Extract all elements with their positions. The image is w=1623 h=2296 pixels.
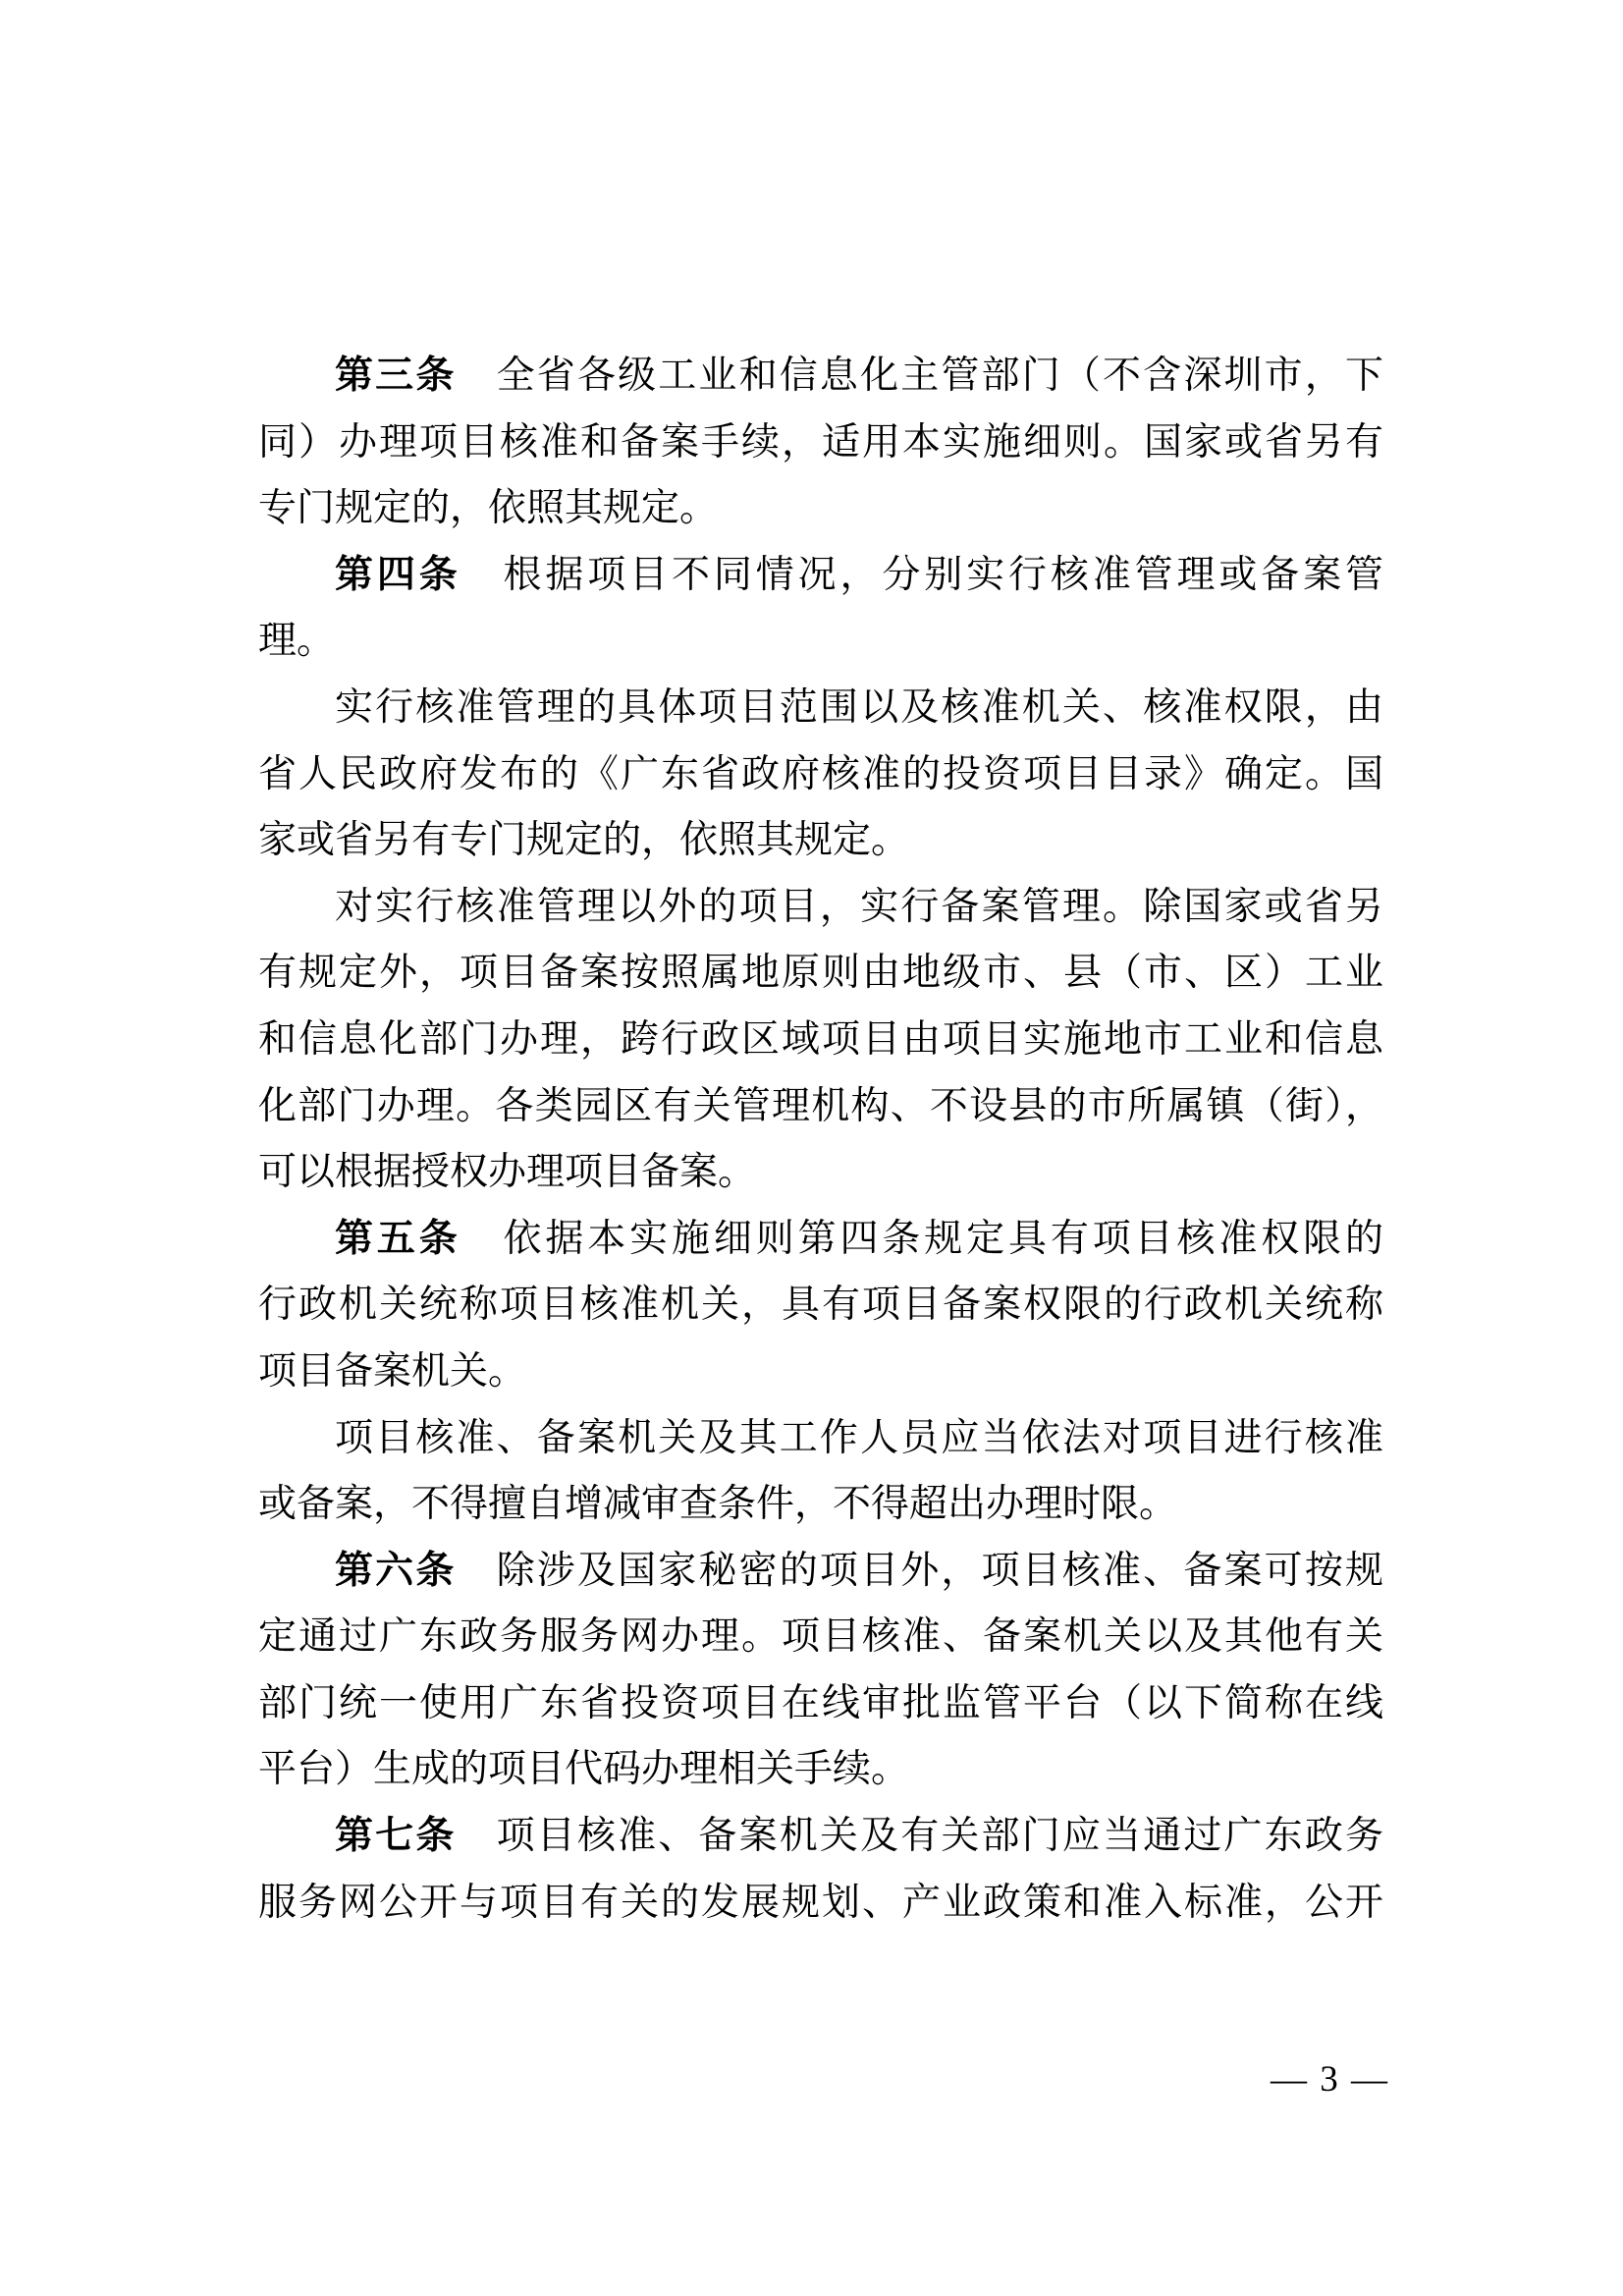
line-text: 有规定外，项目备案按照属地原则由地级市、县（市、区）工业 (258, 952, 1383, 994)
line-text: 服务网公开与项目有关的发展规划、产业政策和准入标准，公开 (258, 1882, 1383, 1924)
text-line: 专门规定的，依照其规定。 (258, 475, 1383, 542)
text-line: 可以根据授权办理项目备案。 (258, 1139, 1383, 1206)
line-text: 依据本实施细则第四条规定具有项目核准权限的 (461, 1218, 1383, 1260)
page-number: — 3 — (1271, 2060, 1389, 2100)
line-text: 全省各级工业和信息化主管部门（不含深圳市，下 (456, 355, 1383, 397)
line-text: 对实行核准管理以外的项目，实行备案管理。除国家或省另 (335, 886, 1383, 928)
article-number: 第四条 (335, 554, 461, 596)
text-line: 省人民政府发布的《广东省政府核准的投资项目目录》确定。国 (258, 741, 1383, 808)
article-number: 第七条 (335, 1815, 456, 1857)
text-line: 同）办理项目核准和备案手续，适用本实施细则。国家或省另有 (258, 410, 1383, 476)
line-text: 部门统一使用广东省投资项目在线审批监管平台（以下简称在线 (258, 1682, 1383, 1724)
line-text: 项目核准、备案机关及有关部门应当通过广东政务 (456, 1815, 1383, 1857)
line-text: 省人民政府发布的《广东省政府核准的投资项目目录》确定。国 (258, 753, 1383, 795)
article-number: 第五条 (335, 1218, 461, 1260)
text-line: 第七条 项目核准、备案机关及有关部门应当通过广东政务 (258, 1803, 1383, 1870)
line-text: 专门规定的，依照其规定。 (258, 487, 718, 529)
text-line: 行政机关统称项目核准机关，具有项目备案权限的行政机关统称 (258, 1272, 1383, 1339)
line-text: 理。 (258, 620, 335, 662)
line-text: 除涉及国家秘密的项目外，项目核准、备案可按规 (456, 1550, 1383, 1592)
line-text: 家或省另有专门规定的，依照其规定。 (258, 819, 909, 861)
line-text: 可以根据授权办理项目备案。 (258, 1151, 756, 1193)
line-text: 根据项目不同情况，分别实行核准管理或备案管 (461, 554, 1383, 596)
article-number: 第三条 (335, 355, 456, 397)
text-line: 定通过广东政务服务网办理。项目核准、备案机关以及其他有关 (258, 1604, 1383, 1670)
line-text: 和信息化部门办理，跨行政区域项目由项目实施地市工业和信息 (258, 1018, 1383, 1061)
document-body: 第三条 全省各级工业和信息化主管部门（不含深圳市，下 同）办理项目核准和备案手续… (258, 343, 1383, 1936)
text-line: 第六条 除涉及国家秘密的项目外，项目核准、备案可按规 (258, 1538, 1383, 1605)
line-text: 项目备案机关。 (258, 1350, 526, 1393)
text-line: 项目备案机关。 (258, 1339, 1383, 1405)
text-line: 或备案，不得擅自增减审查条件，不得超出办理时限。 (258, 1471, 1383, 1538)
line-text: 或备案，不得擅自增减审查条件，不得超出办理时限。 (258, 1483, 1177, 1525)
line-text: 实行核准管理的具体项目范围以及核准机关、核准权限，由 (335, 686, 1383, 729)
text-line: 平台）生成的项目代码办理相关手续。 (258, 1736, 1383, 1803)
text-line: 项目核准、备案机关及其工作人员应当依法对项目进行核准 (258, 1405, 1383, 1472)
text-line: 第四条 根据项目不同情况，分别实行核准管理或备案管 (258, 542, 1383, 609)
document-page: 第三条 全省各级工业和信息化主管部门（不含深圳市，下 同）办理项目核准和备案手续… (0, 0, 1623, 2296)
line-text: 同）办理项目核准和备案手续，适用本实施细则。国家或省另有 (258, 421, 1383, 464)
text-line: 对实行核准管理以外的项目，实行备案管理。除国家或省另 (258, 874, 1383, 941)
line-text: 化部门办理。各类园区有关管理机构、不设县的市所属镇（街）， (258, 1085, 1383, 1127)
text-line: 和信息化部门办理，跨行政区域项目由项目实施地市工业和信息 (258, 1007, 1383, 1073)
line-text: 项目核准、备案机关及其工作人员应当依法对项目进行核准 (335, 1417, 1383, 1459)
text-line: 实行核准管理的具体项目范围以及核准机关、核准权限，由 (258, 675, 1383, 741)
text-line: 第五条 依据本实施细则第四条规定具有项目核准权限的 (258, 1206, 1383, 1273)
text-line: 化部门办理。各类园区有关管理机构、不设县的市所属镇（街）， (258, 1073, 1383, 1140)
line-text: 行政机关统称项目核准机关，具有项目备案权限的行政机关统称 (258, 1284, 1383, 1326)
line-text: 平台）生成的项目代码办理相关手续。 (258, 1748, 909, 1790)
text-line: 服务网公开与项目有关的发展规划、产业政策和准入标准，公开 (258, 1870, 1383, 1937)
text-line: 家或省另有专门规定的，依照其规定。 (258, 807, 1383, 874)
line-text: 定通过广东政务服务网办理。项目核准、备案机关以及其他有关 (258, 1615, 1383, 1658)
text-line: 有规定外，项目备案按照属地原则由地级市、县（市、区）工业 (258, 940, 1383, 1007)
text-line: 第三条 全省各级工业和信息化主管部门（不含深圳市，下 (258, 343, 1383, 410)
article-number: 第六条 (335, 1550, 456, 1592)
text-line: 理。 (258, 608, 1383, 675)
text-line: 部门统一使用广东省投资项目在线审批监管平台（以下简称在线 (258, 1670, 1383, 1737)
